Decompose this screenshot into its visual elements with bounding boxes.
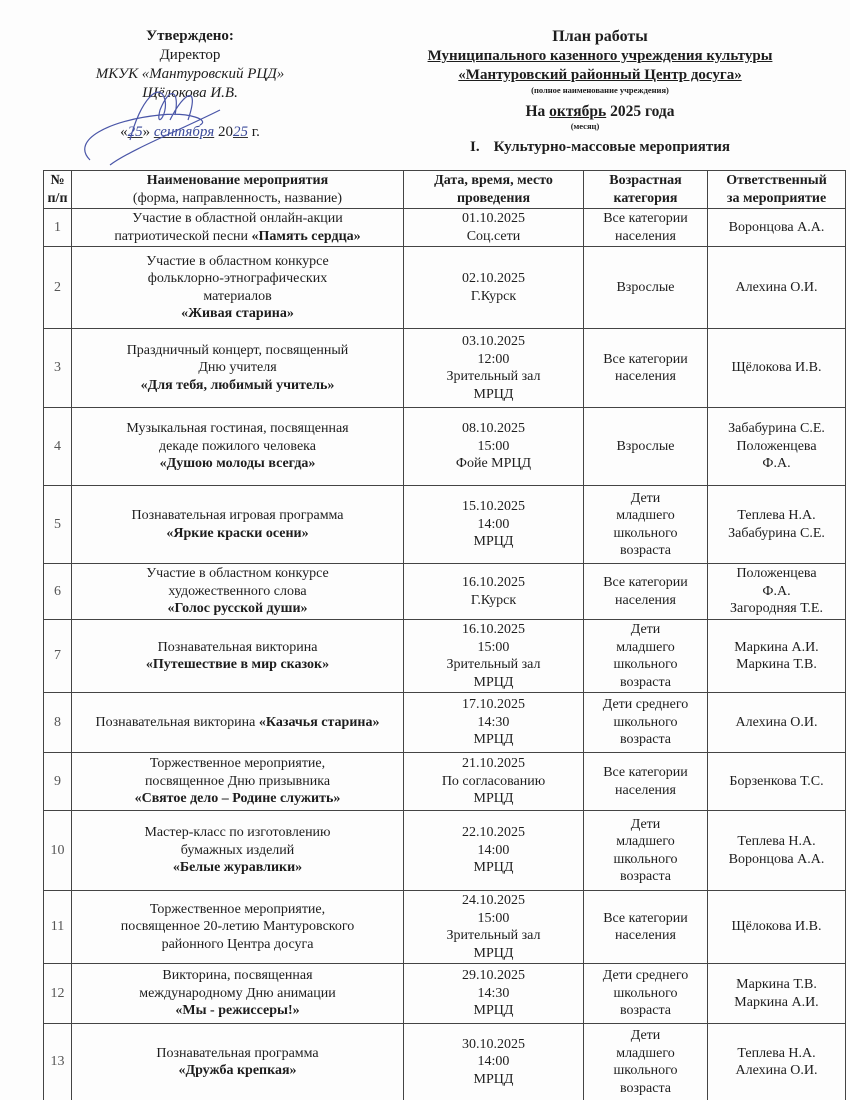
cell-number: 4	[44, 408, 72, 486]
approval-person: Щёлокова И.В.	[60, 84, 320, 103]
table-row: 5Познавательная игровая программа«Яркие …	[44, 486, 846, 564]
approval-organization: МКУК «Мантуровский РЦД»	[60, 65, 320, 84]
cell-event-name: Участие в областной онлайн-акциипатриоти…	[72, 209, 404, 247]
date-quote-open: «	[120, 124, 128, 140]
cell-number: 6	[44, 564, 72, 620]
header-num: №п/п	[44, 171, 72, 209]
cell-responsible: ПоложенцеваФ.А.Загородняя Т.Е.	[708, 564, 846, 620]
cell-number: 2	[44, 247, 72, 329]
table-row: 9Торжественное мероприятие,посвященное Д…	[44, 753, 846, 811]
month-prefix: На	[525, 103, 545, 120]
cell-age-category: Все категориинаселения	[584, 209, 708, 247]
cell-age-category: Взрослые	[584, 408, 708, 486]
cell-age-category: Детимладшегошкольноговозраста	[584, 486, 708, 564]
cell-age-category: Все категориинаселения	[584, 891, 708, 964]
table-row: 1Участие в областной онлайн-акциипатриот…	[44, 209, 846, 247]
table-row: 10Мастер-класс по изготовлениюбумажных и…	[44, 811, 846, 891]
table-row: 8Познавательная викторина «Казачья стари…	[44, 693, 846, 753]
cell-number: 9	[44, 753, 72, 811]
header-name: Наименование мероприятия(форма, направле…	[72, 171, 404, 209]
cell-number: 11	[44, 891, 72, 964]
approval-block: Утверждено: Директор МКУК «Мантуровский …	[60, 27, 320, 142]
table-row: 4Музыкальная гостиная, посвященнаядекаде…	[44, 408, 846, 486]
cell-event-name: Познавательная викторина «Казачья старин…	[72, 693, 404, 753]
cell-age-category: Детимладшегошкольноговозраста	[584, 620, 708, 693]
plan-org-line2: «Мантуровский районный Центр досуга»	[370, 66, 830, 85]
cell-responsible: Теплева Н.А.Алехина О.И.	[708, 1024, 846, 1100]
cell-number: 12	[44, 964, 72, 1024]
approval-date: «25» сентября 2025 г.	[60, 123, 320, 142]
date-quote-close: »	[143, 124, 151, 140]
cell-responsible: Щёлокова И.В.	[708, 329, 846, 408]
cell-date-place: 16.10.2025Г.Курск	[404, 564, 584, 620]
cell-responsible: Щёлокова И.В.	[708, 891, 846, 964]
cell-responsible: Теплева Н.А.Забабурина С.Е.	[708, 486, 846, 564]
cell-date-place: 24.10.202515:00Зрительный залМРЦД	[404, 891, 584, 964]
cell-date-place: 01.10.2025Соц.сети	[404, 209, 584, 247]
cell-date-place: 17.10.202514:30МРЦД	[404, 693, 584, 753]
plan-org-caption: (полное наименование учреждения)	[370, 85, 830, 95]
table-row: 2Участие в областном конкурсефольклорно-…	[44, 247, 846, 329]
plan-month-caption: (месяц)	[340, 121, 830, 131]
cell-event-name: Торжественное мероприятие,посвященное Дн…	[72, 753, 404, 811]
cell-date-place: 02.10.2025Г.Курск	[404, 247, 584, 329]
cell-event-name: Участие в областном конкурсехудожественн…	[72, 564, 404, 620]
cell-age-category: Дети среднегошкольноговозраста	[584, 693, 708, 753]
cell-date-place: 22.10.202514:00МРЦД	[404, 811, 584, 891]
cell-date-place: 30.10.202514:00МРЦД	[404, 1024, 584, 1100]
cell-number: 7	[44, 620, 72, 693]
cell-date-place: 29.10.202514:30МРЦД	[404, 964, 584, 1024]
cell-number: 5	[44, 486, 72, 564]
cell-responsible: Маркина Т.В.Маркина А.И.	[708, 964, 846, 1024]
cell-date-place: 08.10.202515:00Фойе МРЦД	[404, 408, 584, 486]
date-day: 25	[128, 124, 143, 140]
cell-number: 10	[44, 811, 72, 891]
header-age: Возрастнаякатегория	[584, 171, 708, 209]
cell-responsible: Борзенкова Т.С.	[708, 753, 846, 811]
cell-date-place: 21.10.2025По согласованиюМРЦД	[404, 753, 584, 811]
table-header-row: №п/п Наименование мероприятия(форма, нап…	[44, 171, 846, 209]
cell-number: 3	[44, 329, 72, 408]
cell-date-place: 15.10.202514:00МРЦД	[404, 486, 584, 564]
header-date: Дата, время, местопроведения	[404, 171, 584, 209]
cell-event-name: Познавательная программа«Дружба крепкая»	[72, 1024, 404, 1100]
date-year-prefix: 20	[218, 124, 233, 140]
cell-age-category: Все категориинаселения	[584, 753, 708, 811]
approval-position: Директор	[60, 46, 320, 65]
cell-event-name: Праздничный концерт, посвященныйДню учит…	[72, 329, 404, 408]
approval-title: Утверждено:	[60, 27, 320, 46]
plan-title: План работы	[370, 27, 830, 47]
section-heading: I.Культурно-массовые мероприятия	[370, 138, 830, 156]
table-row: 13Познавательная программа«Дружба крепка…	[44, 1024, 846, 1100]
cell-date-place: 16.10.202515:00Зрительный залМРЦД	[404, 620, 584, 693]
table-row: 3Праздничный концерт, посвященныйДню учи…	[44, 329, 846, 408]
cell-responsible: Маркина А.И.Маркина Т.В.	[708, 620, 846, 693]
cell-responsible: Воронцова А.А.	[708, 209, 846, 247]
cell-responsible: Алехина О.И.	[708, 247, 846, 329]
month-value: октябрь	[549, 103, 606, 120]
cell-event-name: Участие в областном конкурсефольклорно-э…	[72, 247, 404, 329]
date-month: сентября	[154, 124, 214, 140]
table-row: 6Участие в областном конкурсехудожествен…	[44, 564, 846, 620]
cell-number: 1	[44, 209, 72, 247]
cell-event-name: Викторина, посвященнаямеждународному Дню…	[72, 964, 404, 1024]
month-suffix: 2025 года	[610, 103, 674, 120]
plan-month: На октябрь 2025 года	[370, 103, 830, 121]
plan-org-line1: Муниципального казенного учреждения куль…	[370, 47, 830, 66]
cell-number: 8	[44, 693, 72, 753]
section-title: Культурно-массовые мероприятия	[494, 139, 730, 155]
events-table: №п/п Наименование мероприятия(форма, нап…	[43, 170, 846, 1100]
cell-number: 13	[44, 1024, 72, 1100]
section-number: I.	[470, 139, 480, 155]
cell-event-name: Торжественное мероприятие,посвященное 20…	[72, 891, 404, 964]
date-year-suffix: 25	[233, 124, 248, 140]
cell-event-name: Мастер-класс по изготовлениюбумажных изд…	[72, 811, 404, 891]
cell-responsible: Алехина О.И.	[708, 693, 846, 753]
cell-age-category: Детимладшегошкольноговозраста	[584, 1024, 708, 1100]
cell-age-category: Детимладшегошкольноговозраста	[584, 811, 708, 891]
cell-event-name: Музыкальная гостиная, посвященнаядекаде …	[72, 408, 404, 486]
cell-event-name: Познавательная игровая программа«Яркие к…	[72, 486, 404, 564]
cell-responsible: Теплева Н.А.Воронцова А.А.	[708, 811, 846, 891]
cell-age-category: Дети среднегошкольноговозраста	[584, 964, 708, 1024]
table-row: 11Торжественное мероприятие,посвященное …	[44, 891, 846, 964]
cell-event-name: Познавательная викторина«Путешествие в м…	[72, 620, 404, 693]
cell-age-category: Все категориинаселения	[584, 564, 708, 620]
date-suffix: г.	[252, 124, 260, 140]
plan-header: План работы Муниципального казенного учр…	[370, 27, 830, 156]
cell-responsible: Забабурина С.Е.ПоложенцеваФ.А.	[708, 408, 846, 486]
cell-date-place: 03.10.202512:00Зрительный залМРЦД	[404, 329, 584, 408]
table-row: 7Познавательная викторина«Путешествие в …	[44, 620, 846, 693]
cell-age-category: Все категориинаселения	[584, 329, 708, 408]
header-responsible: Ответственныйза мероприятие	[708, 171, 846, 209]
cell-age-category: Взрослые	[584, 247, 708, 329]
table-row: 12Викторина, посвященнаямеждународному Д…	[44, 964, 846, 1024]
